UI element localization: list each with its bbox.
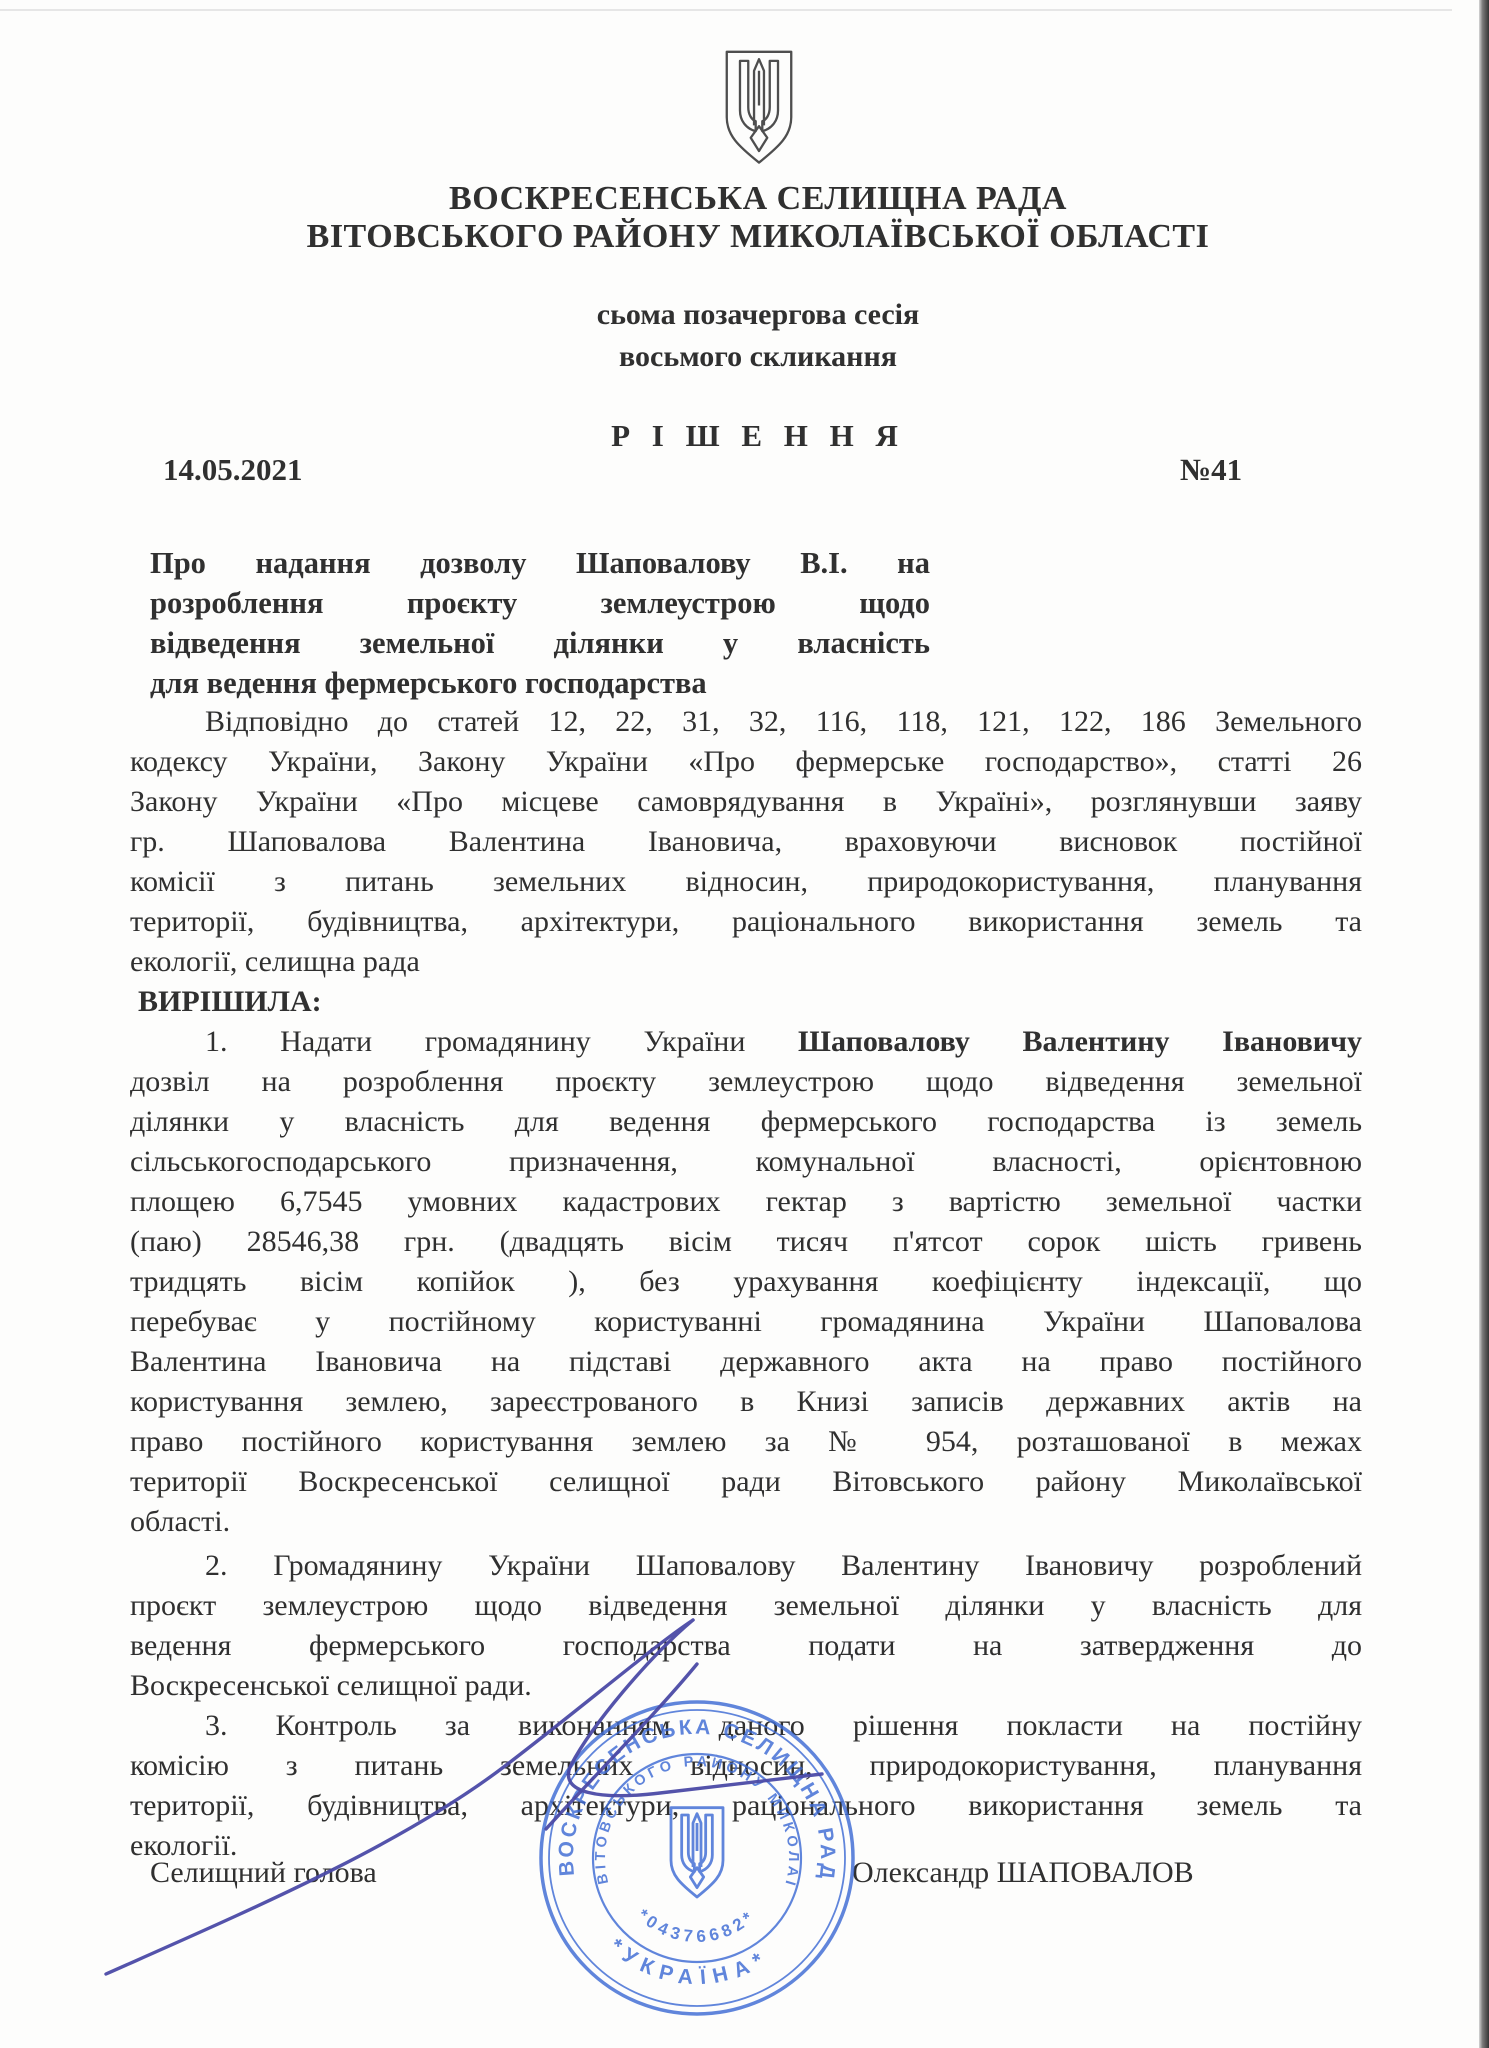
- preamble-paragraph: Відповідно до статей 12, 22, 31, 32, 116…: [130, 702, 1362, 982]
- text-line: екології, селищна рада: [130, 942, 1362, 982]
- session-line1: сьома позачергова сесія: [28, 298, 1488, 332]
- text-line: Валентина Івановича на підставі державно…: [130, 1342, 1362, 1382]
- svg-text:*04376682*: *04376682*: [634, 1905, 760, 1946]
- text-line: Відповідно до статей 12, 22, 31, 32, 116…: [130, 702, 1362, 742]
- text-line: дозвіл на розроблення проєкту землеустро…: [130, 1062, 1362, 1102]
- text-line: ведення фермерського господарства подати…: [130, 1626, 1362, 1666]
- signer-name: Олександр ШАПОВАЛОВ: [852, 1856, 1194, 1890]
- text-line: (паю) 28546,38 грн. (двадцять вісім тися…: [130, 1222, 1362, 1262]
- org-name-line1: ВОСКРЕСЕНСЬКА СЕЛИЩНА РАДА: [28, 180, 1488, 218]
- stamp-code-text: *04376682*: [634, 1905, 760, 1946]
- text-line: 1. Надати громадянину України Шаповалову…: [130, 1022, 1362, 1062]
- text-line: проєкт землеустрою щодо відведення земел…: [130, 1586, 1362, 1626]
- text-line: області.: [130, 1502, 1362, 1542]
- text-line: користування землею, зареєстрованого в К…: [130, 1382, 1362, 1422]
- doc-body-upper: Відповідно до статей 12, 22, 31, 32, 116…: [130, 702, 1362, 1542]
- item-1-paragraph: 1. Надати громадянину України Шаповалову…: [130, 1022, 1362, 1542]
- text-line: сільськогосподарського призначення, кому…: [130, 1142, 1362, 1182]
- text-line: відведення земельної ділянки у власність: [150, 623, 930, 663]
- signer-title: Селищний голова: [150, 1856, 377, 1890]
- text-line: Закону України «Про місцеве самоврядуван…: [130, 782, 1362, 822]
- text-line: гр. Шаповалова Валентина Івановича, врах…: [130, 822, 1362, 862]
- text-line: комісії з питань земельних відносин, при…: [130, 862, 1362, 902]
- doc-title: Про надання дозволу Шаповалову В.І. наро…: [150, 543, 930, 703]
- item-2-paragraph: 2. Громадянину України Шаповалову Валент…: [130, 1546, 1362, 1706]
- text-line: право постійного користування землею за …: [130, 1422, 1362, 1462]
- official-round-stamp: ВОСКРЕСЕНСЬКА СЕЛИЩНА РАДА ВІТОВСЬКОГО Р…: [532, 1693, 862, 2023]
- text-line: території Воскресенської селищної ради В…: [130, 1462, 1362, 1502]
- stamp-trident-icon: [671, 1808, 723, 1897]
- text-line: кодексу України, Закону України «Про фер…: [130, 742, 1362, 782]
- org-name-line2: ВІТОВСЬКОГО РАЙОНУ МИКОЛАЇВСЬКОЇ ОБЛАСТІ: [28, 218, 1488, 256]
- doc-number: №41: [1180, 452, 1242, 488]
- text-line: 2. Громадянину України Шаповалову Валент…: [130, 1546, 1362, 1586]
- text-line: для ведення фермерського господарства: [150, 663, 930, 703]
- text-line: тридцять вісім копійок ), без урахування…: [130, 1262, 1362, 1302]
- session-line2: восьмого скликання: [28, 340, 1488, 374]
- text-line: розроблення проєкту землеустрою щодо: [150, 583, 930, 623]
- text-line: перебуває у постійному користуванні гром…: [130, 1302, 1362, 1342]
- trident-emblem-icon: [716, 46, 802, 170]
- scanned-document-page: ВОСКРЕСЕНСЬКА СЕЛИЩНА РАДА ВІТОВСЬКОГО Р…: [0, 0, 1489, 2048]
- text-line: площею 6,7545 умовних кадастрових гектар…: [130, 1182, 1362, 1222]
- text-line: ділянки у власність для ведення фермерсь…: [130, 1102, 1362, 1142]
- doc-date: 14.05.2021: [163, 452, 303, 488]
- resolved-label: ВИРІШИЛА:: [130, 982, 1362, 1022]
- text-line: Про надання дозволу Шаповалову В.І. на: [150, 543, 930, 583]
- doc-type-heading: Р І Ш Е Н Н Я: [28, 418, 1488, 454]
- scan-edge-line-top: [0, 9, 1452, 11]
- text-line: території, будівництва, архітектури, рац…: [130, 902, 1362, 942]
